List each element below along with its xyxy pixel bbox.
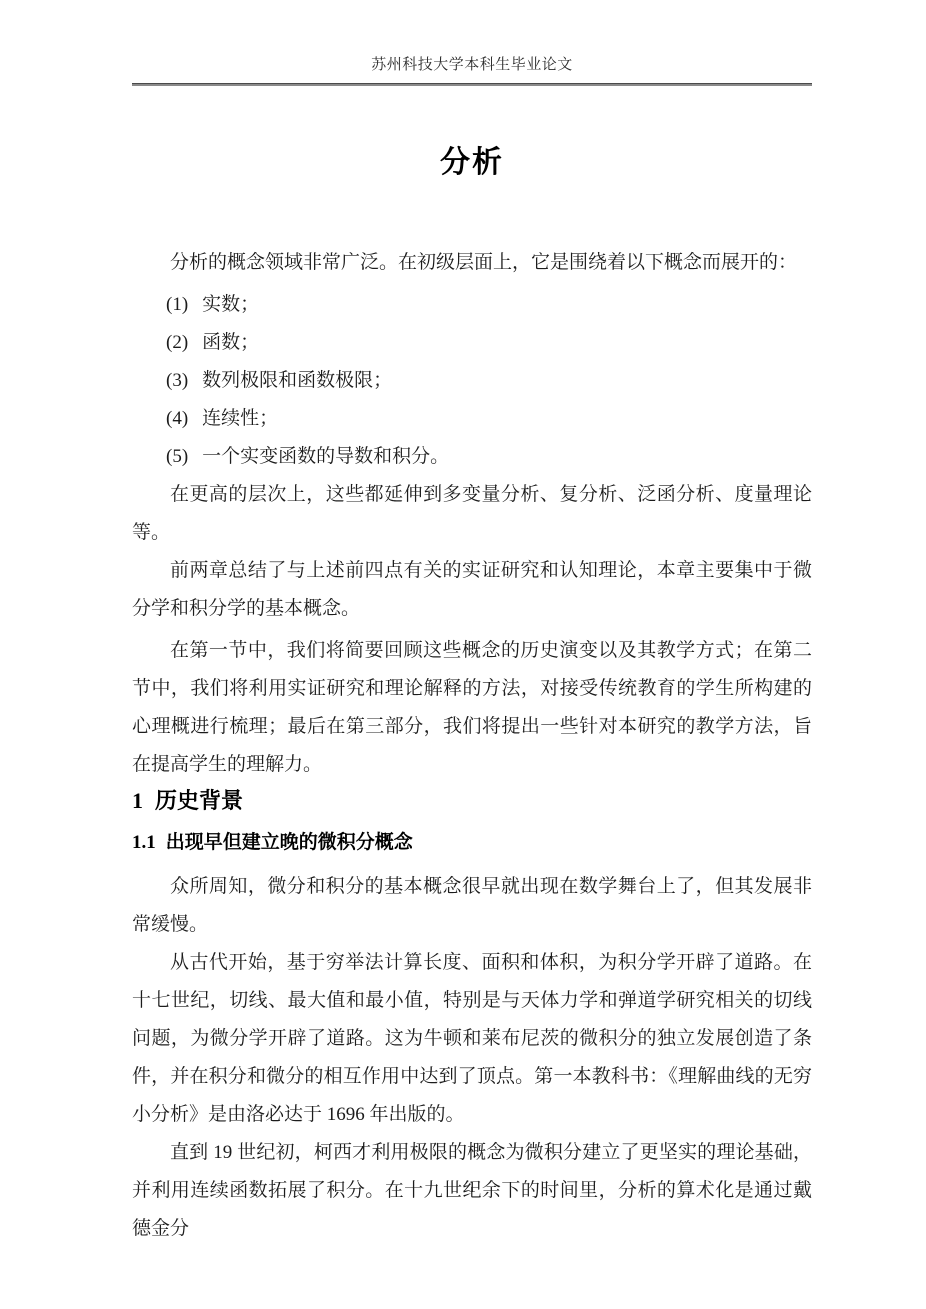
subsection-1-1-title: 出现早但建立晚的微积分概念: [166, 832, 413, 853]
document-title: 分析: [132, 144, 812, 182]
list-text-4: 连续性；: [202, 408, 278, 429]
intro-paragraph-chapter-outline: 在第一节中，我们将简要回顾这些概念的历史演变以及其教学方式；在第二节中，我们将利…: [132, 632, 812, 784]
list-marker-1: (1): [166, 286, 188, 324]
thesis-page: 苏州科技大学本科生毕业论文 分析 分析的概念领域非常广泛。在初级层面上，它是围绕…: [0, 0, 926, 1309]
list-item-1: (1)实数；: [132, 286, 812, 324]
page-number: 1: [132, 1178, 812, 1198]
concept-list: (1)实数； (2)函数； (3)数列极限和函数极限； (4)连续性； (5)一…: [132, 286, 812, 476]
list-marker-5: (5): [166, 438, 188, 476]
running-header: 苏州科技大学本科生毕业论文: [132, 0, 812, 86]
list-item-3: (3)数列极限和函数极限；: [132, 362, 812, 400]
subsection-1-1-heading: 1.1出现早但建立晚的微积分概念: [132, 828, 812, 858]
list-item-2: (2)函数；: [132, 324, 812, 362]
section-paragraph-ancient-times: 从古代开始，基于穷举法计算长度、面积和体积，为积分学开辟了道路。在十七世纪，切线…: [132, 944, 812, 1134]
section-1-number: 1: [132, 788, 143, 813]
intro-paragraph-previous-chapters: 前两章总结了与上述前四点有关的实证研究和认知理论，本章主要集中于微分学和积分学的…: [132, 552, 812, 628]
intro-paragraph-higher-levels: 在更高的层次上，这些都延伸到多变量分析、复分析、泛函分析、度量理论等。: [132, 476, 812, 552]
header-rule: [132, 83, 812, 86]
list-marker-2: (2): [166, 324, 188, 362]
list-text-1: 实数；: [202, 294, 259, 315]
section-paragraph-well-known: 众所周知，微分和积分的基本概念很早就出现在数学舞台上了，但其发展非常缓慢。: [132, 868, 812, 944]
intro-lead-paragraph: 分析的概念领域非常广泛。在初级层面上，它是围绕着以下概念而展开的：: [132, 244, 812, 282]
list-text-2: 函数；: [202, 332, 259, 353]
list-item-4: (4)连续性；: [132, 400, 812, 438]
section-1-title: 历史背景: [155, 788, 243, 813]
list-marker-4: (4): [166, 400, 188, 438]
section-1-heading: 1历史背景: [132, 784, 812, 818]
subsection-1-1-number: 1.1: [132, 832, 156, 853]
list-text-5: 一个实变函数的导数和积分。: [202, 446, 449, 467]
list-marker-3: (3): [166, 362, 188, 400]
list-item-5: (5)一个实变函数的导数和积分。: [132, 438, 812, 476]
running-header-title: 苏州科技大学本科生毕业论文: [132, 55, 812, 75]
list-text-3: 数列极限和函数极限；: [202, 370, 392, 391]
